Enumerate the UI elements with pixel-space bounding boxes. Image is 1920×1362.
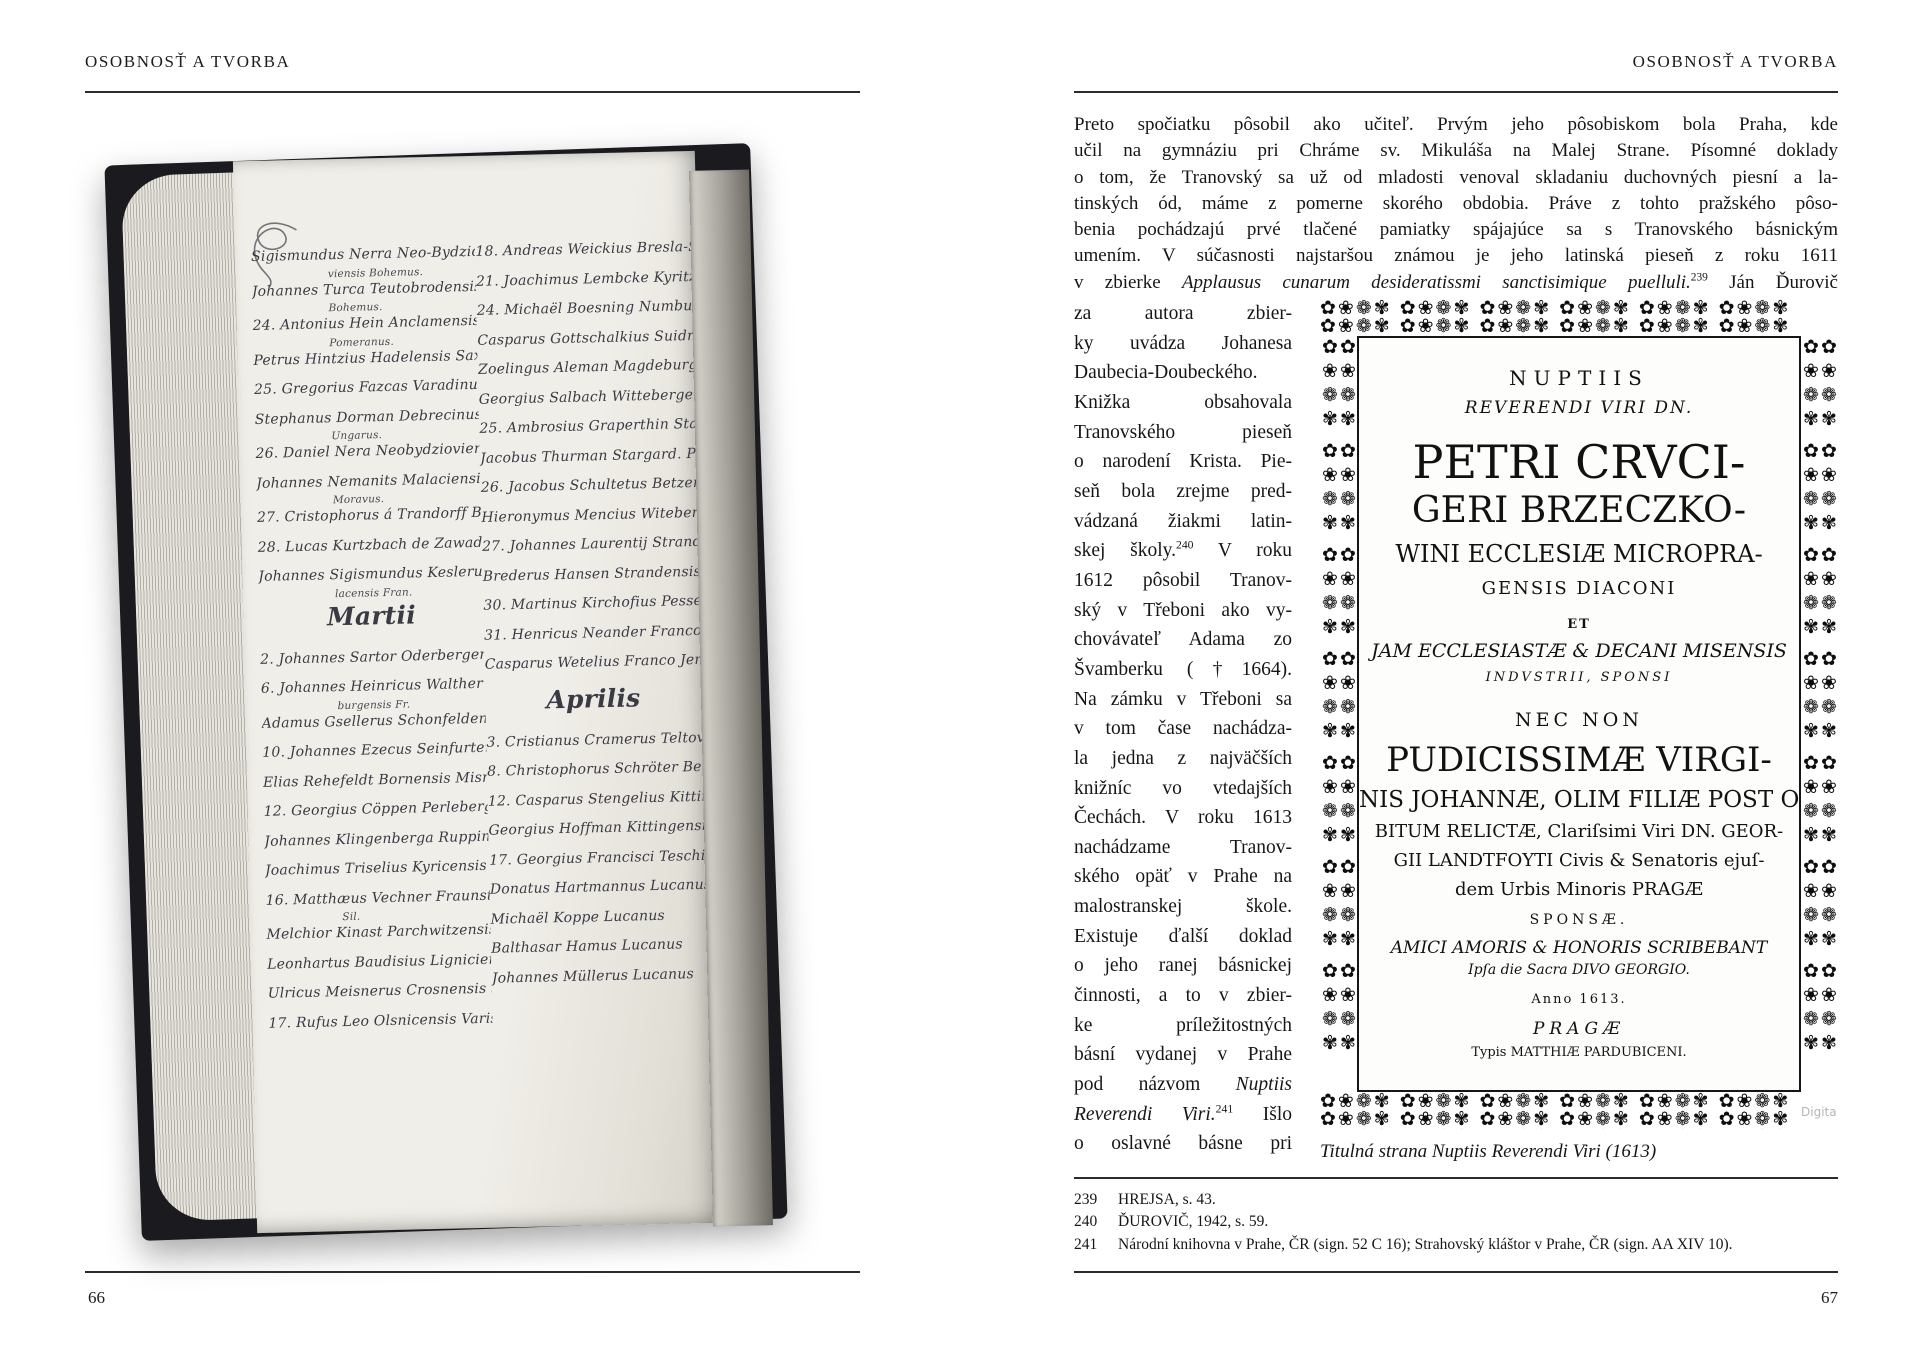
manuscript-line: Johannes Müllerus Lucanus (492, 965, 708, 999)
ornament-border-right: ✿❀❁✾ ✿❀❁✾ ✿❀❁✾ ✿❀❁✾ ✿❀❁✾ ✿❀❁✾ ✿❀❁✾ ✿❀❁✾ … (1801, 336, 1838, 1092)
titlepage-line: NEC NON (1359, 709, 1799, 731)
titlepage-line: NUPTIIS (1359, 366, 1799, 390)
column-line: la jedna z najväčších (1074, 744, 1292, 774)
manuscript-line: 17. Rufus Leo Olsnicensis Variscus (268, 1010, 493, 1045)
manuscript-line: Martii (259, 598, 484, 651)
narrow-text-column: za autora zbier-ky uvádza JohanesaDaubec… (1074, 299, 1292, 1159)
titlepage-line: GENSIS DIACONI (1359, 578, 1799, 599)
titlepage-text-block: NUPTIISREVERENDI VIRI DN.PETRI CRVCI-GER… (1357, 336, 1801, 1092)
footnote-text: ĎUROVIČ, 1942, s. 59. (1118, 1213, 1268, 1230)
ornament-border-bottom: ✿❀❁✾ ✿❀❁✾ ✿❀❁✾ ✿❀❁✾ ✿❀❁✾ ✿❀❁✾ ✿❀❁✾ ✿❀❁✾ … (1320, 1092, 1838, 1129)
titlepage-line: ET (1359, 617, 1799, 632)
text-and-figure-region: za autora zbier-ky uvádza JohanesaDaubec… (1074, 299, 1838, 1159)
column-line: Daubecia-Doubeckého. (1074, 358, 1292, 388)
header-rule-left (85, 91, 860, 93)
column-line: seň bola zrejme pred- (1074, 477, 1292, 507)
titlepage-line: Anno 1613. (1359, 992, 1799, 1007)
column-line: Na zámku v Třeboni sa (1074, 685, 1292, 715)
column-line: skej školy.240 V roku (1074, 536, 1292, 566)
column-line: v tom čase nachádza- (1074, 714, 1292, 744)
titlepage-line: JAM ECCLESIASTÆ & DECANI MISENSIS (1359, 640, 1799, 662)
footer-rule-right (1074, 1271, 1838, 1273)
footnote: 241Národní knihovna v Prahe, ČR (sign. 5… (1074, 1234, 1838, 1256)
column-line: básní vydanej v Prahe (1074, 1040, 1292, 1070)
column-line: o oslavné básne pri (1074, 1129, 1292, 1159)
header-rule-right (1074, 91, 1838, 93)
column-line: Čechách. V roku 1613 (1074, 803, 1292, 833)
intro-line: v zbierke Applausus cunarum desideratiss… (1074, 270, 1838, 296)
page-number-left: 66 (88, 1288, 105, 1308)
footnote-number: 241 (1074, 1234, 1118, 1256)
titlepage-line: WINI ECCLESIÆ MICROPRA- (1359, 540, 1799, 568)
footer-rule-left (85, 1271, 860, 1273)
column-line: o narodení Krista. Pie- (1074, 447, 1292, 477)
figure-caption: Titulná strana Nuptiis Reverendi Viri (1… (1320, 1141, 1838, 1163)
book-spread: OSOBNOSŤ A TVORBA Sigismundus Nerra Neo-… (0, 0, 1920, 1362)
manuscript-handwriting: Sigismundus Nerra Neo-Bydzio,viensis Boh… (251, 239, 713, 1219)
column-line: Existuje ďalší doklad (1074, 922, 1292, 952)
column-line: vádzaná žiakmi latin- (1074, 507, 1292, 537)
titlepage-figure: ✿❀❁✾ ✿❀❁✾ ✿❀❁✾ ✿❀❁✾ ✿❀❁✾ ✿❀❁✾ ✿❀❁✾ ✿❀❁✾ … (1320, 299, 1838, 1129)
column-line: o jeho ranej básnickej (1074, 951, 1292, 981)
footnote: 240ĎUROVIČ, 1942, s. 59. (1074, 1211, 1838, 1233)
running-header-left: OSOBNOSŤ A TVORBA (85, 52, 290, 72)
manuscript-column-left: Sigismundus Nerra Neo-Bydzio,viensis Boh… (251, 244, 497, 1219)
column-line: pod názvom Nuptiis (1074, 1070, 1292, 1100)
intro-line: Preto spočiatku pôsobil ako učiteľ. Prvý… (1074, 112, 1838, 138)
titlepage-line: INDVSTRII, SPONSI (1359, 670, 1799, 685)
column-line: Reverendi Viri.241 Išlo (1074, 1100, 1292, 1130)
titlepage-line: SPONSÆ. (1359, 912, 1799, 928)
titlepage-line: Typis MATTHIÆ PARDUBICENI. (1359, 1045, 1799, 1060)
watermark: Digita (1801, 1105, 1837, 1119)
column-line: nachádzame Tranov- (1074, 833, 1292, 863)
intro-line: benia pochádzajú prvé tlačené pamiatky s… (1074, 217, 1838, 243)
column-line: knižníc vo vtedajších (1074, 774, 1292, 804)
column-line: za autora zbier- (1074, 299, 1292, 329)
column-line: Švamberku (†1664). (1074, 655, 1292, 685)
column-line: 1612 pôsobil Tranov- (1074, 566, 1292, 596)
calligraphic-flourish-icon (244, 214, 316, 300)
ornament-border-top: ✿❀❁✾ ✿❀❁✾ ✿❀❁✾ ✿❀❁✾ ✿❀❁✾ ✿❀❁✾ ✿❀❁✾ ✿❀❁✾ … (1320, 299, 1838, 336)
titlepage-line: AMICI AMORIS & HONORIS SCRIBEBANT (1359, 938, 1799, 958)
page-number-right: 67 (1821, 1288, 1838, 1308)
footnote: 239HREJSA, s. 43. (1074, 1189, 1838, 1211)
footnotes: 239HREJSA, s. 43.240ĎUROVIČ, 1942, s. 59… (1074, 1189, 1838, 1256)
manuscript-line: Aprilis (485, 681, 702, 734)
column-line: ke príležitostných (1074, 1011, 1292, 1041)
footnote-number: 240 (1074, 1211, 1118, 1233)
titlepage-line: REVERENDI VIRI DN. (1359, 398, 1799, 418)
intro-line: učil na gymnáziu pri Chráme sv. Mikuláša… (1074, 138, 1838, 164)
manuscript-photo: Sigismundus Nerra Neo-Bydzio,viensis Boh… (95, 128, 907, 1248)
footnote-separator-rule (1074, 1177, 1838, 1179)
intro-line: o tom, že Tranovský sa už od mladosti ve… (1074, 165, 1838, 191)
column-line: ského opäť v Prahe na (1074, 862, 1292, 892)
footnote-text: HREJSA, s. 43. (1118, 1191, 1216, 1208)
column-line: Tranovského pieseň (1074, 418, 1292, 448)
titlepage-line: NIS JOHANNÆ, OLIM FILIÆ POST O- (1359, 787, 1799, 813)
intro-paragraph: Preto spočiatku pôsobil ako učiteľ. Prvý… (1074, 112, 1838, 296)
manuscript-page: Sigismundus Nerra Neo-Bydzio,viensis Boh… (233, 151, 719, 1233)
column-line: chovávateľ Adama zo (1074, 625, 1292, 655)
footnote-number: 239 (1074, 1189, 1118, 1211)
column-line: činnosti, a to v zbier- (1074, 981, 1292, 1011)
column-line: ky uvádza Johanesa (1074, 329, 1292, 359)
titlepage-line: dem Urbis Minoris PRAGÆ (1359, 879, 1799, 900)
titlepage-line: PUDICISSIMÆ VIRGI- (1359, 743, 1799, 779)
titlepage-line: Ipſa die Sacra DIVO GEORGIO. (1359, 962, 1799, 978)
intro-line: umením. V súčasnosti najstaršou známou j… (1074, 243, 1838, 269)
running-header-right: OSOBNOSŤ A TVORBA (1633, 52, 1838, 72)
footnote-text: Národní knihovna v Prahe, ČR (sign. 52 C… (1118, 1236, 1733, 1253)
titlepage-line: GERI BRZECZKO- (1359, 492, 1799, 530)
intro-line: tinských ód, máme z pomerne skorého obdo… (1074, 191, 1838, 217)
titlepage-line: GII LANDTFOYTI Civis & Senatoris ejuſ- (1359, 850, 1799, 871)
column-line: Knižka obsahovala (1074, 388, 1292, 418)
manuscript-column-right: 18. Andreas Weickius Bresla-Sil.21. Joac… (475, 239, 713, 1214)
column-line: ský v Třeboni ako vy- (1074, 596, 1292, 626)
titlepage-line: PRAGÆ (1359, 1019, 1799, 1039)
titlepage-line: BITUM RELICTÆ, Clariſsimi Viri DN. GEOR- (1359, 821, 1799, 842)
ornament-border-left: ✿❀❁✾ ✿❀❁✾ ✿❀❁✾ ✿❀❁✾ ✿❀❁✾ ✿❀❁✾ ✿❀❁✾ ✿❀❁✾ … (1320, 336, 1357, 1092)
column-line: malostranskej škole. (1074, 892, 1292, 922)
titlepage-line: PETRI CRVCI- (1359, 438, 1799, 486)
